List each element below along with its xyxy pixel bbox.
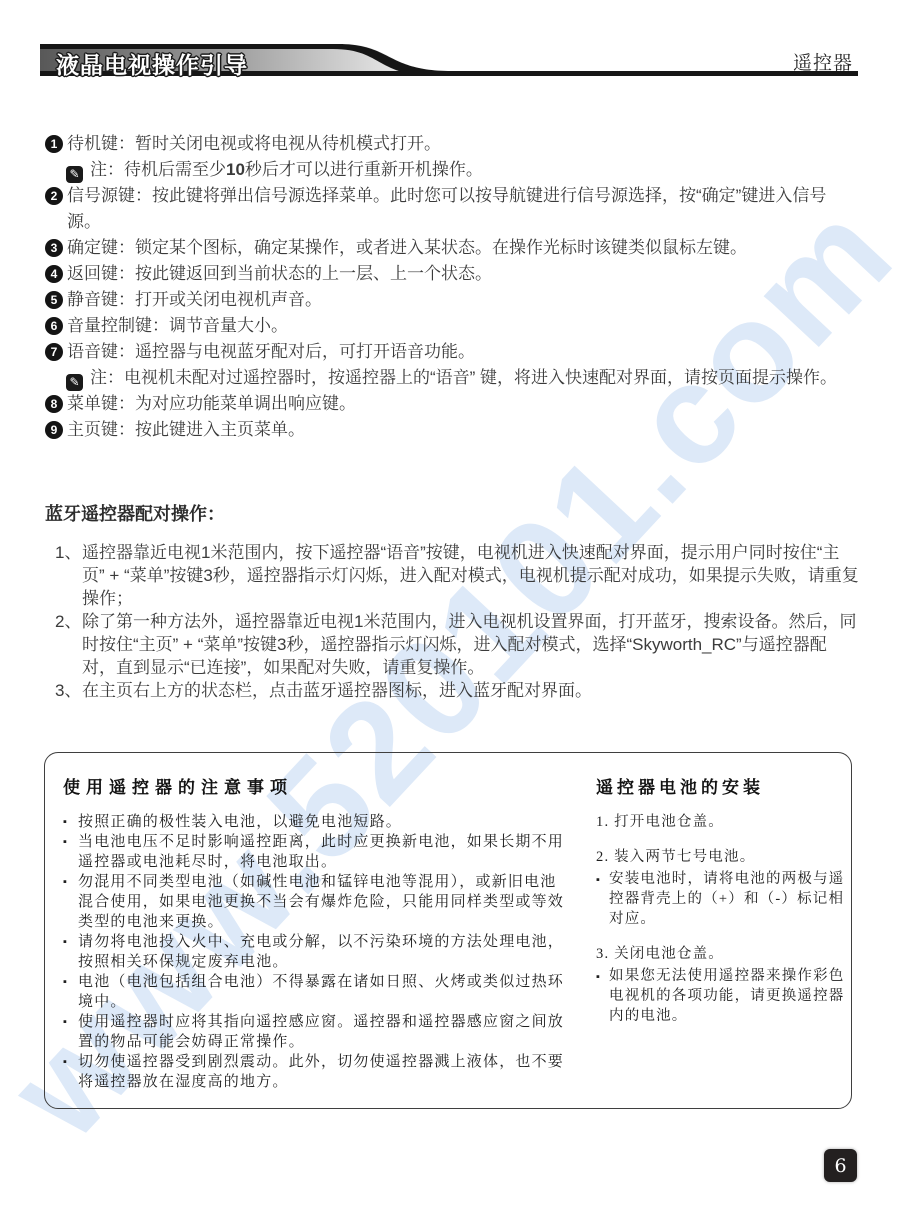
key-item-text: 静音键：打开或关闭电视机声音。 xyxy=(67,290,322,309)
note-text: 注：电视机未配对过遥控器时，按遥控器上的“语音” 键，将进入快速配对界面，请按页… xyxy=(90,368,837,387)
manual-page: www.520101.com 液晶电视操作引导 遥控器 1 待机键：暂时关闭电视… xyxy=(0,0,898,1229)
battery-step-3-note: ▪ 如果您无法使用遥控器来操作彩色电视机的各项功能，请更换遥控器内的电池。 xyxy=(596,966,846,1026)
battery-step-2-note: ▪ 安装电池时，请将电池的两极与遥控器背壳上的（+）和（-）标记相对应。 xyxy=(596,869,846,929)
square-bullet-icon: ▪ xyxy=(63,1012,68,1032)
step-number: 2、 xyxy=(55,610,81,633)
key-number-badge: 6 xyxy=(45,317,63,335)
square-bullet-icon: ▪ xyxy=(63,1052,68,1072)
key-note-standby: ✎注：待机后需至少10秒后才可以进行重新开机操作。 xyxy=(45,157,857,183)
key-number-badge: 4 xyxy=(45,265,63,283)
key-item-back: 4 返回键：按此键返回到当前状态的上一层、上一个状态。 xyxy=(45,261,857,287)
key-item-text: 确定键：锁定某个图标，确定某操作，或者进入某状态。在操作光标时该键类似鼠标左键。 xyxy=(67,238,747,257)
bluetooth-step: 2、 除了第一种方法外，遥控器靠近电视1米范围内，进入电视机设置界面，打开蓝牙，… xyxy=(45,610,859,679)
key-item-volume: 6 音量控制键：调节音量大小。 xyxy=(45,313,857,339)
key-note-voice: ✎注：电视机未配对过遥控器时，按遥控器上的“语音” 键，将进入快速配对界面，请按… xyxy=(45,365,857,391)
key-item-source: 2 信号源键：按此键将弹出信号源选择菜单。此时您可以按导航键进行信号源选择，按“… xyxy=(45,183,857,235)
key-number-badge: 8 xyxy=(45,395,63,413)
precautions-title: 使用遥控器的注意事项 xyxy=(63,773,571,798)
precaution-item: ▪ 使用遥控器时应将其指向遥控感应窗。遥控器和遥控器感应窗之间放置的物品可能会妨… xyxy=(63,1012,571,1052)
key-item-text: 主页键：按此键进入主页菜单。 xyxy=(67,420,305,439)
bluetooth-heading: 蓝牙遥控器配对操作： xyxy=(45,500,859,526)
note-pencil-icon: ✎ xyxy=(66,166,83,183)
step-text: 除了第一种方法外，遥控器靠近电视1米范围内，进入电视机设置界面，打开蓝牙，搜索设… xyxy=(82,612,856,677)
key-number-badge: 3 xyxy=(45,239,63,257)
bluetooth-pairing-section: 蓝牙遥控器配对操作： 1、 遥控器靠近电视1米范围内，按下遥控器“语音”按键，电… xyxy=(45,500,859,702)
key-item-menu: 8 菜单键：为对应功能菜单调出响应键。 xyxy=(45,391,857,417)
bluetooth-step: 3、 在主页右上方的状态栏，点击蓝牙遥控器图标，进入蓝牙配对界面。 xyxy=(45,679,859,702)
precaution-text: 电池（电池包括组合电池）不得暴露在诸如日照、火烤或类似过热环境中。 xyxy=(78,974,564,1010)
precaution-item: ▪ 当电池电压不足时影响遥控距离，此时应更换新电池，如果长期不用遥控器或电池耗尽… xyxy=(63,832,571,872)
precaution-item: ▪ 请勿将电池投入火中、充电或分解，以不污染环境的方法处理电池，按照相关环保规定… xyxy=(63,932,571,972)
bluetooth-step: 1、 遥控器靠近电视1米范围内，按下遥控器“语音”按键，电视机进入快速配对界面，… xyxy=(45,541,859,610)
note-text: 秒后才可以进行重新开机操作。 xyxy=(245,160,483,179)
key-item-standby: 1 待机键：暂时关闭电视或将电视从待机模式打开。 xyxy=(45,131,857,157)
battery-install-column: 遥控器电池的安装 1. 打开电池仓盖。 2. 装入两节七号电池。 ▪ 安装电池时… xyxy=(596,773,846,1041)
key-item-voice: 7 语音键：遥控器与电视蓝牙配对后，可打开语音功能。 xyxy=(45,339,857,365)
square-bullet-icon: ▪ xyxy=(596,967,601,987)
battery-step-2: 2. 装入两节七号电池。 xyxy=(596,847,846,867)
key-number-badge: 2 xyxy=(45,187,63,205)
battery-install-title: 遥控器电池的安装 xyxy=(596,773,846,798)
key-number-badge: 1 xyxy=(45,135,63,153)
square-bullet-icon: ▪ xyxy=(63,872,68,892)
square-bullet-icon: ▪ xyxy=(63,932,68,952)
battery-step-3: 3. 关闭电池仓盖。 xyxy=(596,944,846,964)
note-text-bold: 10 xyxy=(226,160,245,179)
square-bullet-icon: ▪ xyxy=(63,972,68,992)
note-text: 注：待机后需至少 xyxy=(90,160,226,179)
section-label: 遥控器 xyxy=(793,48,853,75)
usage-precautions-column: 使用遥控器的注意事项 ▪ 按照正确的极性装入电池，以避免电池短路。 ▪ 当电池电… xyxy=(63,773,571,1092)
key-item-text: 信号源键：按此键将弹出信号源选择菜单。此时您可以按导航键进行信号源选择，按“确定… xyxy=(67,186,826,231)
key-number-badge: 7 xyxy=(45,343,63,361)
step-number: 1、 xyxy=(55,541,81,564)
key-item-text: 返回键：按此键返回到当前状态的上一层、上一个状态。 xyxy=(67,264,492,283)
square-bullet-icon: ▪ xyxy=(63,812,68,832)
precaution-text: 使用遥控器时应将其指向遥控感应窗。遥控器和遥控器感应窗之间放置的物品可能会妨碍正… xyxy=(78,1014,564,1050)
precaution-text: 按照正确的极性装入电池，以避免电池短路。 xyxy=(78,814,402,830)
key-item-text: 音量控制键：调节音量大小。 xyxy=(67,316,288,335)
step-number: 3、 xyxy=(55,679,81,702)
key-item-text: 语音键：遥控器与电视蓝牙配对后，可打开语音功能。 xyxy=(67,342,475,361)
precaution-text: 当电池电压不足时影响遥控距离，此时应更换新电池，如果长期不用遥控器或电池耗尽时，… xyxy=(78,834,564,870)
precaution-item: ▪ 按照正确的极性装入电池，以避免电池短路。 xyxy=(63,812,571,832)
battery-step-1: 1. 打开电池仓盖。 xyxy=(596,812,846,832)
page-title: 液晶电视操作引导 xyxy=(56,47,248,80)
step-text: 在主页右上方的状态栏，点击蓝牙遥控器图标，进入蓝牙配对界面。 xyxy=(82,681,592,700)
precaution-item: ▪ 勿混用不同类型电池（如碱性电池和锰锌电池等混用），或新旧电池混合使用，如果电… xyxy=(63,872,571,932)
key-item-mute: 5 静音键：打开或关闭电视机声音。 xyxy=(45,287,857,313)
precaution-text: 勿混用不同类型电池（如碱性电池和锰锌电池等混用），或新旧电池混合使用，如果电池更… xyxy=(78,874,564,930)
precaution-item: ▪ 电池（电池包括组合电池）不得暴露在诸如日照、火烤或类似过热环境中。 xyxy=(63,972,571,1012)
square-bullet-icon: ▪ xyxy=(63,832,68,852)
battery-note-text: 安装电池时，请将电池的两极与遥控器背壳上的（+）和（-）标记相对应。 xyxy=(609,871,845,927)
page-number-badge: 6 xyxy=(824,1149,857,1182)
key-number-badge: 9 xyxy=(45,421,63,439)
remote-key-list: 1 待机键：暂时关闭电视或将电视从待机模式打开。 ✎注：待机后需至少10秒后才可… xyxy=(45,131,857,443)
precaution-text: 切勿使遥控器受到剧烈震动。此外，切勿使遥控器溅上液体，也不要将遥控器放在湿度高的… xyxy=(78,1054,564,1090)
square-bullet-icon: ▪ xyxy=(596,870,601,890)
notice-box: 使用遥控器的注意事项 ▪ 按照正确的极性装入电池，以避免电池短路。 ▪ 当电池电… xyxy=(44,752,852,1109)
battery-note-text: 如果您无法使用遥控器来操作彩色电视机的各项功能，请更换遥控器内的电池。 xyxy=(609,968,845,1024)
key-item-home: 9 主页键：按此键进入主页菜单。 xyxy=(45,417,857,443)
step-text: 遥控器靠近电视1米范围内，按下遥控器“语音”按键，电视机进入快速配对界面，提示用… xyxy=(82,543,859,608)
key-item-ok: 3 确定键：锁定某个图标，确定某操作，或者进入某状态。在操作光标时该键类似鼠标左… xyxy=(45,235,857,261)
key-item-text: 菜单键：为对应功能菜单调出响应键。 xyxy=(67,394,356,413)
key-number-badge: 5 xyxy=(45,291,63,309)
precaution-text: 请勿将电池投入火中、充电或分解，以不污染环境的方法处理电池，按照相关环保规定废弃… xyxy=(78,934,564,970)
note-pencil-icon: ✎ xyxy=(66,374,83,391)
precaution-item: ▪ 切勿使遥控器受到剧烈震动。此外，切勿使遥控器溅上液体，也不要将遥控器放在湿度… xyxy=(63,1052,571,1092)
key-item-text: 待机键：暂时关闭电视或将电视从待机模式打开。 xyxy=(67,134,441,153)
